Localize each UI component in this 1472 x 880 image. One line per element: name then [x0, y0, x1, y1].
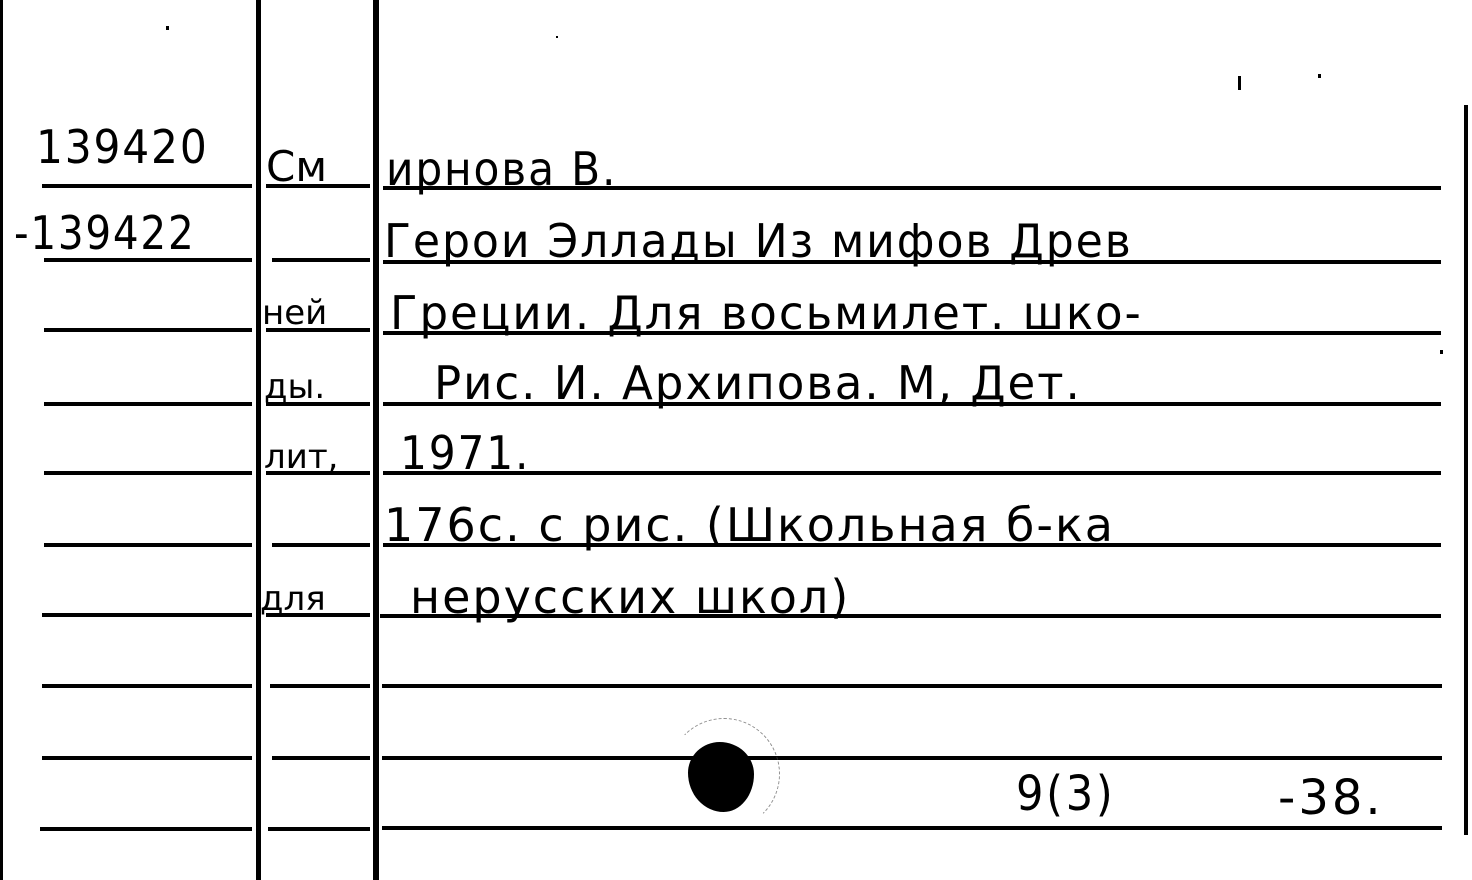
- rule-line: [42, 684, 252, 688]
- call-number-to: -139422: [14, 210, 195, 256]
- series-continuation-line: нерусских школ): [410, 574, 850, 620]
- rule-line: [42, 756, 252, 760]
- rule-line: [272, 258, 370, 262]
- title-line: Герои Эллады Из мифов Древ: [384, 218, 1133, 264]
- scan-speck: [166, 26, 169, 30]
- audience-continuation-prefix: ды.: [264, 370, 325, 404]
- scan-speck: [556, 36, 558, 38]
- classification-code: 9(3): [1016, 770, 1115, 818]
- rule-line: [272, 756, 370, 760]
- rule-line: [44, 543, 252, 547]
- subtitle-line: Греции. Для восьмилет. шко-: [390, 290, 1143, 336]
- author-column-divider: [373, 0, 379, 880]
- card-left-edge: [0, 0, 3, 880]
- shelf-mark: -38.: [1278, 774, 1384, 822]
- call-number-from: 139420: [36, 124, 209, 170]
- rule-line: [268, 827, 370, 831]
- rule-line: [382, 684, 1442, 688]
- pagination-series-line: 176с. с рис. (Школьная б-ка: [384, 502, 1115, 548]
- catalog-card: 139420 -139422 См ней ды. лит, для ирнов…: [0, 0, 1472, 880]
- rule-line: [44, 328, 252, 332]
- card-right-edge: [1464, 105, 1468, 835]
- rule-line: [44, 471, 252, 475]
- scan-speck: [1238, 76, 1241, 90]
- rule-line: [382, 826, 1442, 830]
- scan-speck: [1318, 74, 1321, 78]
- rule-line: [42, 613, 252, 617]
- rule-line: [44, 402, 252, 406]
- publisher-continuation-prefix: лит,: [264, 440, 338, 474]
- author-line: ирнова В.: [386, 146, 617, 192]
- rule-line: [42, 184, 252, 188]
- scan-speck: [1440, 350, 1443, 354]
- year-line: 1971.: [400, 430, 530, 476]
- series-continuation-prefix: для: [260, 582, 326, 616]
- rule-line: [270, 684, 370, 688]
- title-continuation-prefix: ней: [262, 296, 327, 330]
- author-prefix: См: [266, 146, 327, 188]
- rule-line: [382, 756, 1442, 760]
- illustrator-publisher-line: Рис. И. Архипова. М, Дет.: [434, 360, 1082, 406]
- rule-line: [40, 827, 252, 831]
- call-number-column-divider: [256, 0, 261, 880]
- rule-line: [383, 471, 1441, 475]
- rule-line: [272, 543, 370, 547]
